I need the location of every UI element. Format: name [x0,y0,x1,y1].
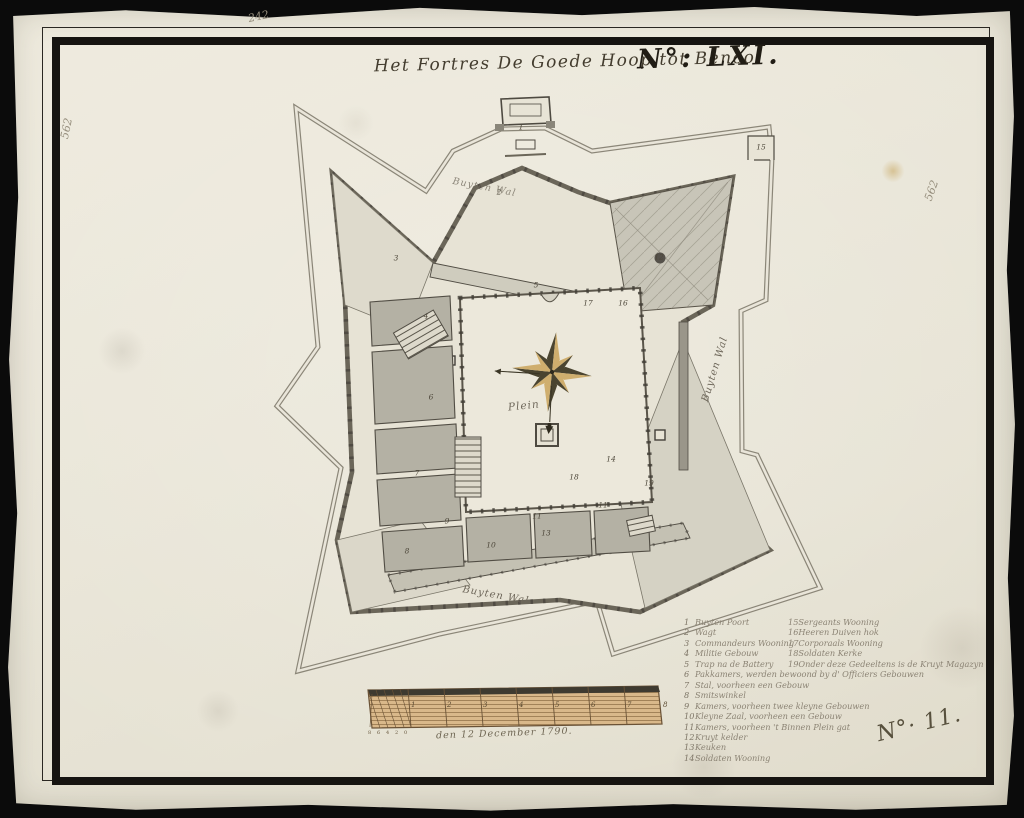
scale-minor-label: 0 [404,730,407,736]
stairs-courtyard [455,437,481,497]
scale-minor-label: 2 [395,730,398,736]
scale-unit-label: 2 [447,701,451,709]
room-number: 14 [606,455,616,464]
scale-minor-label: 4 [386,730,389,736]
scale-unit-label: 8 [663,701,667,709]
legend-item: 9Kamers, voorheen twee kleyne Gebouwen [684,701,984,711]
legend-item: 7Stal, voorheen een Gebouw [684,680,984,690]
legend-item: 13Keuken [684,742,984,752]
legend-item: 12Kruyt kelder [684,732,984,742]
scanned-fort-plan: Het Fortres De Goede Hoop tot Bencoi N°:… [0,0,1024,818]
legend-column-right: 15Sergeants Wooning16Heeren Duiven hok17… [788,617,988,669]
room-number: 9 [445,517,450,526]
scale-unit-label: 7 [627,701,631,709]
room-number: 19 [644,479,654,488]
room-number: 7 [415,469,420,478]
room-number: 15 [756,143,766,152]
courtyard [460,288,652,512]
legend-item: 6Pakkamers, werden bewoond by d' Officie… [684,669,984,679]
legend-item: 11Kamers, voorheen 't Binnen Plein gat [684,722,984,732]
scale-unit-label: 3 [483,701,487,709]
room-number: 17 [583,299,593,308]
legend-item: 17Corporaals Wooning [788,638,988,648]
room-number: 13 [541,529,551,538]
scale-unit-label: 1 [411,701,415,709]
legend-item: 15Sergeants Wooning [788,617,988,627]
scale-unit-label: 5 [555,701,559,709]
room-number: 16 [618,299,628,308]
legend-item: 8Smitswinkel [684,690,984,700]
room-number: 3 [394,254,399,263]
legend-item: 18Soldaten Kerke [788,648,988,658]
room-number: 11 [532,512,542,521]
scale-minor-label: 6 [377,730,380,736]
map-number: N°: LXI. [637,40,782,76]
room-number: 4 [424,312,429,321]
room-number: 12 [654,253,664,262]
legend-item: 16Heeren Duiven hok [788,627,988,637]
room-number: 11 [598,501,608,510]
room-number: 10 [486,541,496,550]
legend-item: 14Soldaten Wooning [684,753,984,763]
legend-item: 19Onder deze Gedeeltens is de Kruyt Maga… [788,659,988,669]
scale-unit-label: 4 [519,701,523,709]
scale-unit-label: 6 [591,701,595,709]
room-number: 2 [497,188,502,197]
legend-item: 10Kleyne Zaal, voorheen een Gebouw [684,711,984,721]
room-number: 6 [429,393,434,402]
room-number: 1 [519,123,524,132]
room-number: 18 [569,473,579,482]
room-number: 8 [405,547,410,556]
scale-minor-label: 8 [368,730,371,736]
room-number: 5 [534,281,539,290]
